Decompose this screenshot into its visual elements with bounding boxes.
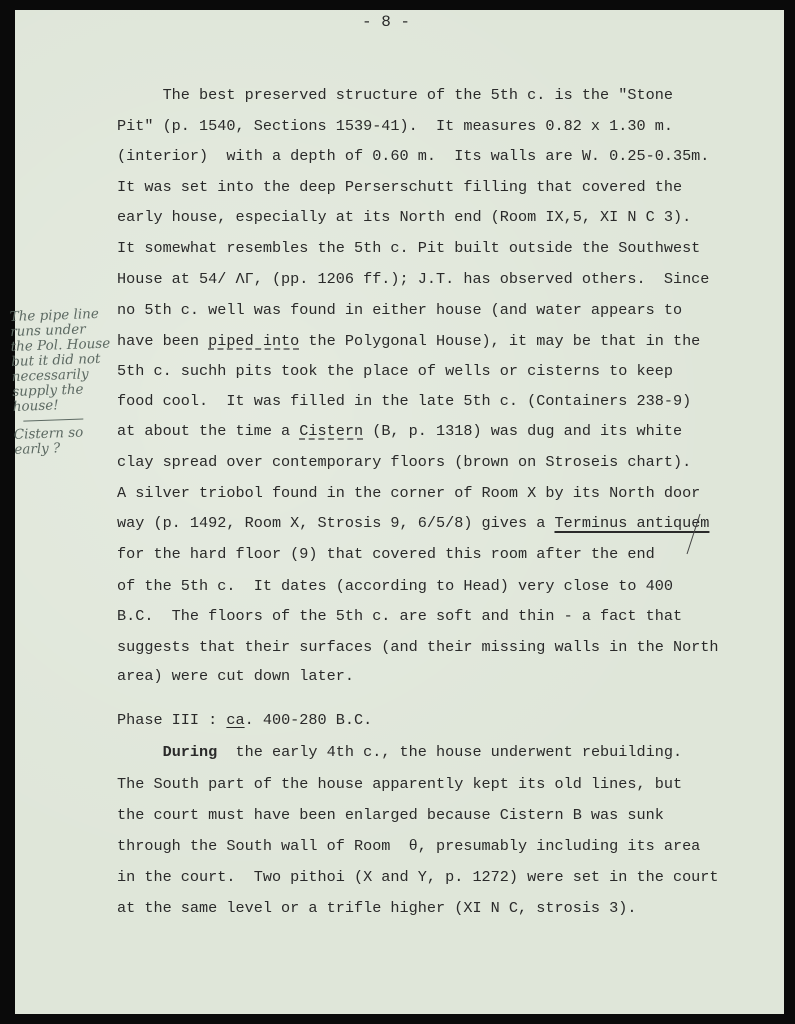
text-segment	[117, 743, 163, 761]
text-line: 5th c. suchh pits took the place of well…	[117, 362, 673, 380]
text-line: at about the time a Cistern (B, p. 1318)…	[117, 422, 682, 440]
text-segment: the Polygonal House), it may be that in …	[299, 332, 700, 350]
text-line: early house, especially at its North end…	[117, 208, 691, 226]
text-segment: at about the time a	[117, 422, 299, 440]
text-line: Pit" (p. 1540, Sections 1539-41). It mea…	[117, 117, 673, 135]
text-line: A silver triobol found in the corner of …	[117, 484, 700, 502]
text-line: clay spread over contemporary floors (br…	[117, 453, 691, 471]
text-segment: the early 4th c., the house underwent re…	[217, 743, 682, 761]
note-divider	[23, 418, 83, 421]
text-line: It was set into the deep Perserschutt fi…	[117, 178, 682, 196]
text-line: food cool. It was filled in the late 5th…	[117, 392, 691, 410]
text-line: the court must have been enlarged becaus…	[117, 806, 664, 824]
text-line: of the 5th c. It dates (according to Hea…	[117, 577, 673, 595]
text-segment: (B, p. 1318) was dug and its white	[363, 422, 682, 440]
text-line: way (p. 1492, Room X, Strosis 9, 6/5/8) …	[117, 514, 709, 532]
text-segment: Phase III :	[117, 711, 226, 729]
text-line: through the South wall of Room θ, presum…	[117, 837, 700, 855]
handwritten-margin-note: The pipe line runs under the Pol. House …	[9, 306, 126, 458]
text-line: no 5th c. well was found in either house…	[117, 301, 682, 319]
text-line: The best preserved structure of the 5th …	[117, 86, 673, 104]
text-segment: During	[163, 743, 218, 761]
text-line: area) were cut down later.	[117, 667, 354, 685]
text-line: in the court. Two pithoi (X and Y, p. 12…	[117, 868, 719, 886]
underlined-abbrev: ca	[226, 711, 244, 729]
section-heading: Phase III : ca. 400-280 B.C.	[117, 711, 372, 729]
dashed-underline-text: Cistern	[299, 422, 363, 440]
text-line: at the same level or a trifle higher (XI…	[117, 899, 637, 917]
text-line: suggests that their surfaces (and their …	[117, 638, 719, 656]
text-line: It somewhat resembles the 5th c. Pit bui…	[117, 239, 700, 257]
text-line: During the early 4th c., the house under…	[117, 743, 682, 761]
text-line: for the hard floor (9) that covered this…	[117, 545, 655, 563]
text-line: (interior) with a depth of 0.60 m. Its w…	[117, 147, 709, 165]
text-segment: . 400-280 B.C.	[245, 711, 373, 729]
text-line: B.C. The floors of the 5th c. are soft a…	[117, 607, 682, 625]
text-segment: have been	[117, 332, 208, 350]
text-line: have been piped into the Polygonal House…	[117, 332, 700, 350]
underlined-term: Terminus antiquem	[554, 514, 709, 532]
dashed-underline-text: piped into	[208, 332, 299, 350]
text-line: The South part of the house apparently k…	[117, 775, 682, 793]
text-line: House at 54/ ΛΓ, (pp. 1206 ff.); J.T. ha…	[117, 270, 709, 288]
note-line: house!	[13, 396, 125, 415]
text-segment: way (p. 1492, Room X, Strosis 9, 6/5/8) …	[117, 514, 554, 532]
page-number: - 8 -	[362, 13, 410, 31]
